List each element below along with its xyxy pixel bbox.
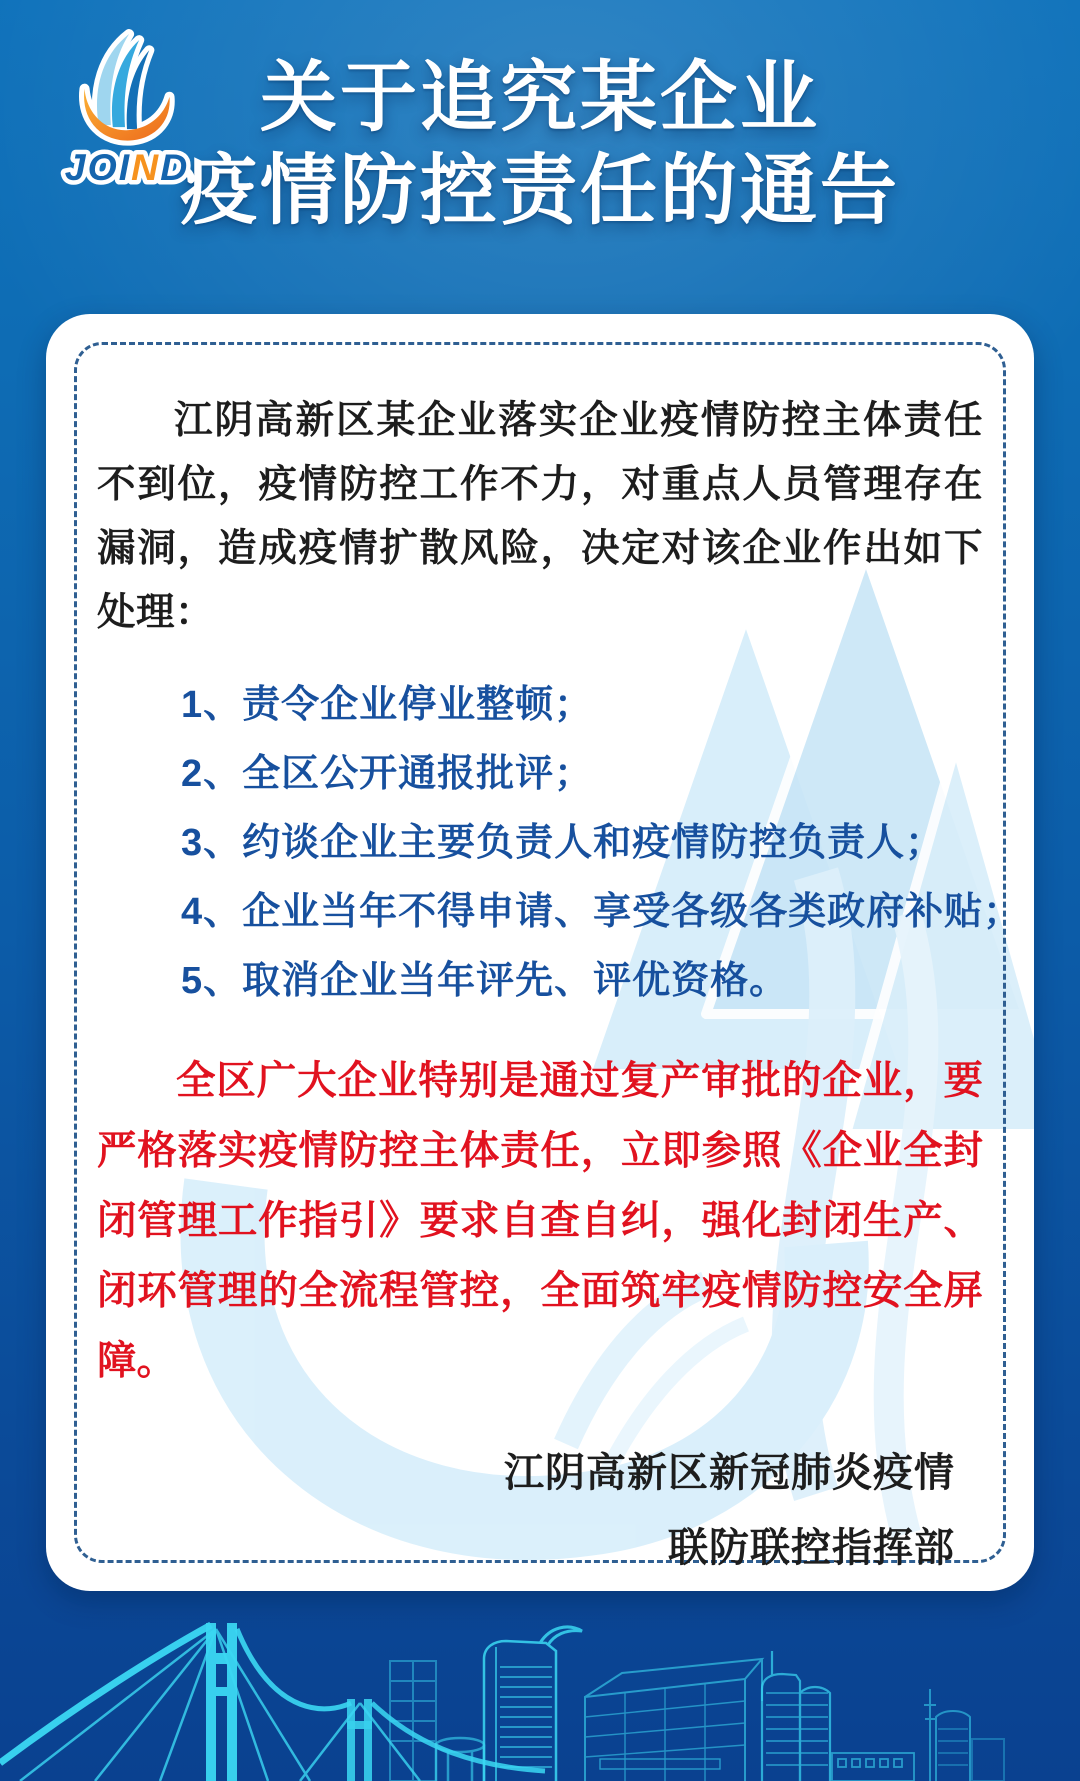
building-round-towers (762, 1651, 830, 1781)
joind-logo: JOIND JOIND (34, 24, 220, 202)
building-right-cluster (924, 1689, 1004, 1781)
bridge-illustration (0, 1623, 545, 1781)
building-wireframe-slab (585, 1659, 762, 1781)
measure-item: 1、责令企业停业整顿； (181, 671, 983, 740)
notice-intro-paragraph: 江阴高新区某企业落实企业疫情防控主体责任不到位，疫情防控工作不力，对重点人员管理… (97, 389, 983, 645)
signature-block: 江阴高新区新冠肺炎疫情 联防联控指挥部 2022年5月15日 (97, 1436, 983, 1591)
logo-brand-part3: D (160, 146, 189, 188)
logo-brand-part1: JOI (65, 146, 131, 188)
logo-droplet-icon (84, 34, 170, 140)
logo-brand-part2: N (131, 146, 160, 188)
measure-item: 5、取消企业当年评先、评优资格。 (181, 947, 983, 1016)
notice-card-inner: 江阴高新区某企业落实企业疫情防控主体责任不到位，疫情防控工作不力，对重点人员管理… (74, 342, 1006, 1563)
building-hook-tower (484, 1627, 582, 1781)
building-slim-tower (390, 1661, 436, 1781)
measure-item: 4、企业当年不得申请、享受各级各类政府补贴； (181, 878, 983, 947)
notice-card: 江阴高新区某企业落实企业疫情防控主体责任不到位，疫情防控工作不力，对重点人员管理… (46, 314, 1034, 1591)
measure-item: 2、全区公开通报批评； (181, 740, 983, 809)
signature-org-line2: 联防联控指挥部 (97, 1511, 955, 1586)
building-low-wall (832, 1753, 914, 1781)
measure-item: 3、约谈企业主要负责人和疫情防控负责人； (181, 809, 983, 878)
signature-org-line1: 江阴高新区新冠肺炎疫情 (97, 1436, 955, 1511)
signature-date: 2022年5月15日 (97, 1586, 955, 1591)
logo-brand-text: JOIND (65, 146, 189, 188)
measures-list: 1、责令企业停业整顿；2、全区公开通报批评；3、约谈企业主要负责人和疫情防控负责… (181, 671, 983, 1016)
notice-poster: JOIND JOIND 关于追究某企业 疫情防控责任的通告 (0, 0, 1080, 1781)
city-skyline-illustration (0, 1581, 1080, 1781)
notice-warning-paragraph: 全区广大企业特别是通过复产审批的企业，要严格落实疫情防控主体责任，立即参照《企业… (97, 1046, 983, 1396)
